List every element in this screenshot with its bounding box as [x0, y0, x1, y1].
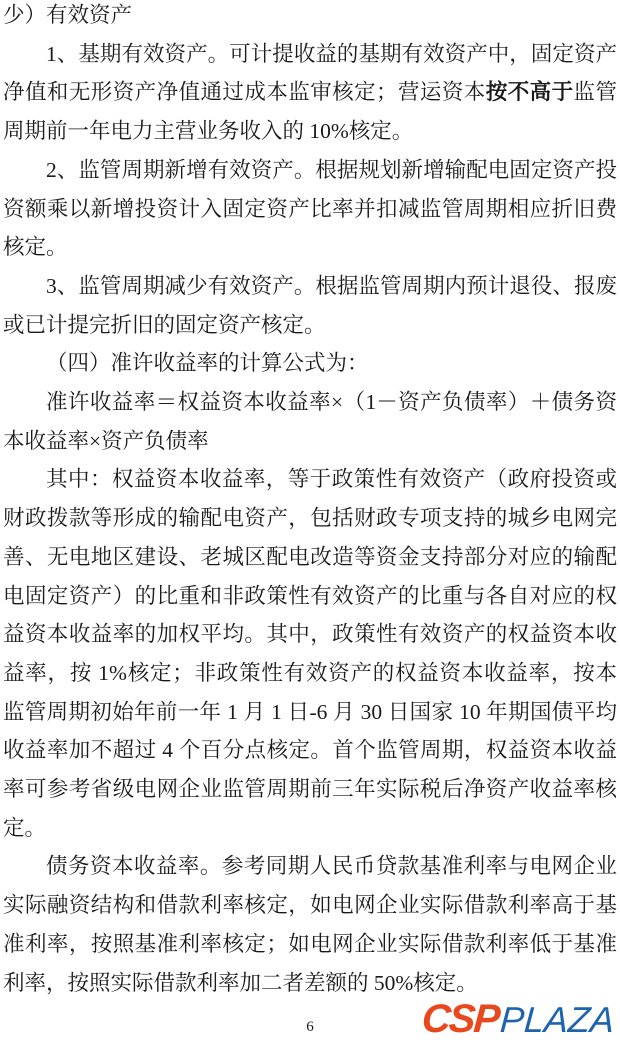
document-body: 少）有效资产 1、基期有效资产。可计提收益的基期有效资产中，固定资产净值和无形资… [3, 0, 617, 1002]
paragraph-reduced-assets: 3、监管周期减少有效资产。根据监管周期内预计退役、报废或已计提完折旧的固定资产核… [3, 267, 617, 344]
document-page: 少）有效资产 1、基期有效资产。可计提收益的基期有效资产中，固定资产净值和无形资… [0, 0, 620, 1044]
formula-allowed-return-rate: 准许收益率＝权益资本收益率×（1－资产负债率）＋债务资本收益率×资产负债率 [3, 383, 617, 460]
paragraph-base-period-assets: 1、基期有效资产。可计提收益的基期有效资产中，固定资产净值和无形资产净值通过成本… [3, 35, 617, 151]
csp-plaza-logo: CSP PLAZA [420, 997, 615, 1042]
logo-plaza-text: PLAZA [498, 999, 615, 1041]
bold-emphasis-no-higher-than: 按不高于 [486, 80, 574, 104]
logo-csp-text: CSP [420, 997, 499, 1042]
paragraph-debt-return-rate: 债务资本收益率。参考同期人民币贷款基准利率与电网企业实际融资结构和借款利率核定，… [3, 847, 617, 1002]
paragraph-formula-intro: （四）准许收益率的计算公式为： [3, 344, 617, 383]
paragraph-equity-return-rate: 其中：权益资本收益率，等于政策性有效资产（政府投资或财政拨款等形成的输配电资产，… [3, 460, 617, 847]
heading-continuation: 少）有效资产 [3, 0, 617, 35]
paragraph-new-assets: 2、监管周期新增有效资产。根据规划新增输配电固定资产投资额乘以新增投资计入固定资… [3, 151, 617, 267]
